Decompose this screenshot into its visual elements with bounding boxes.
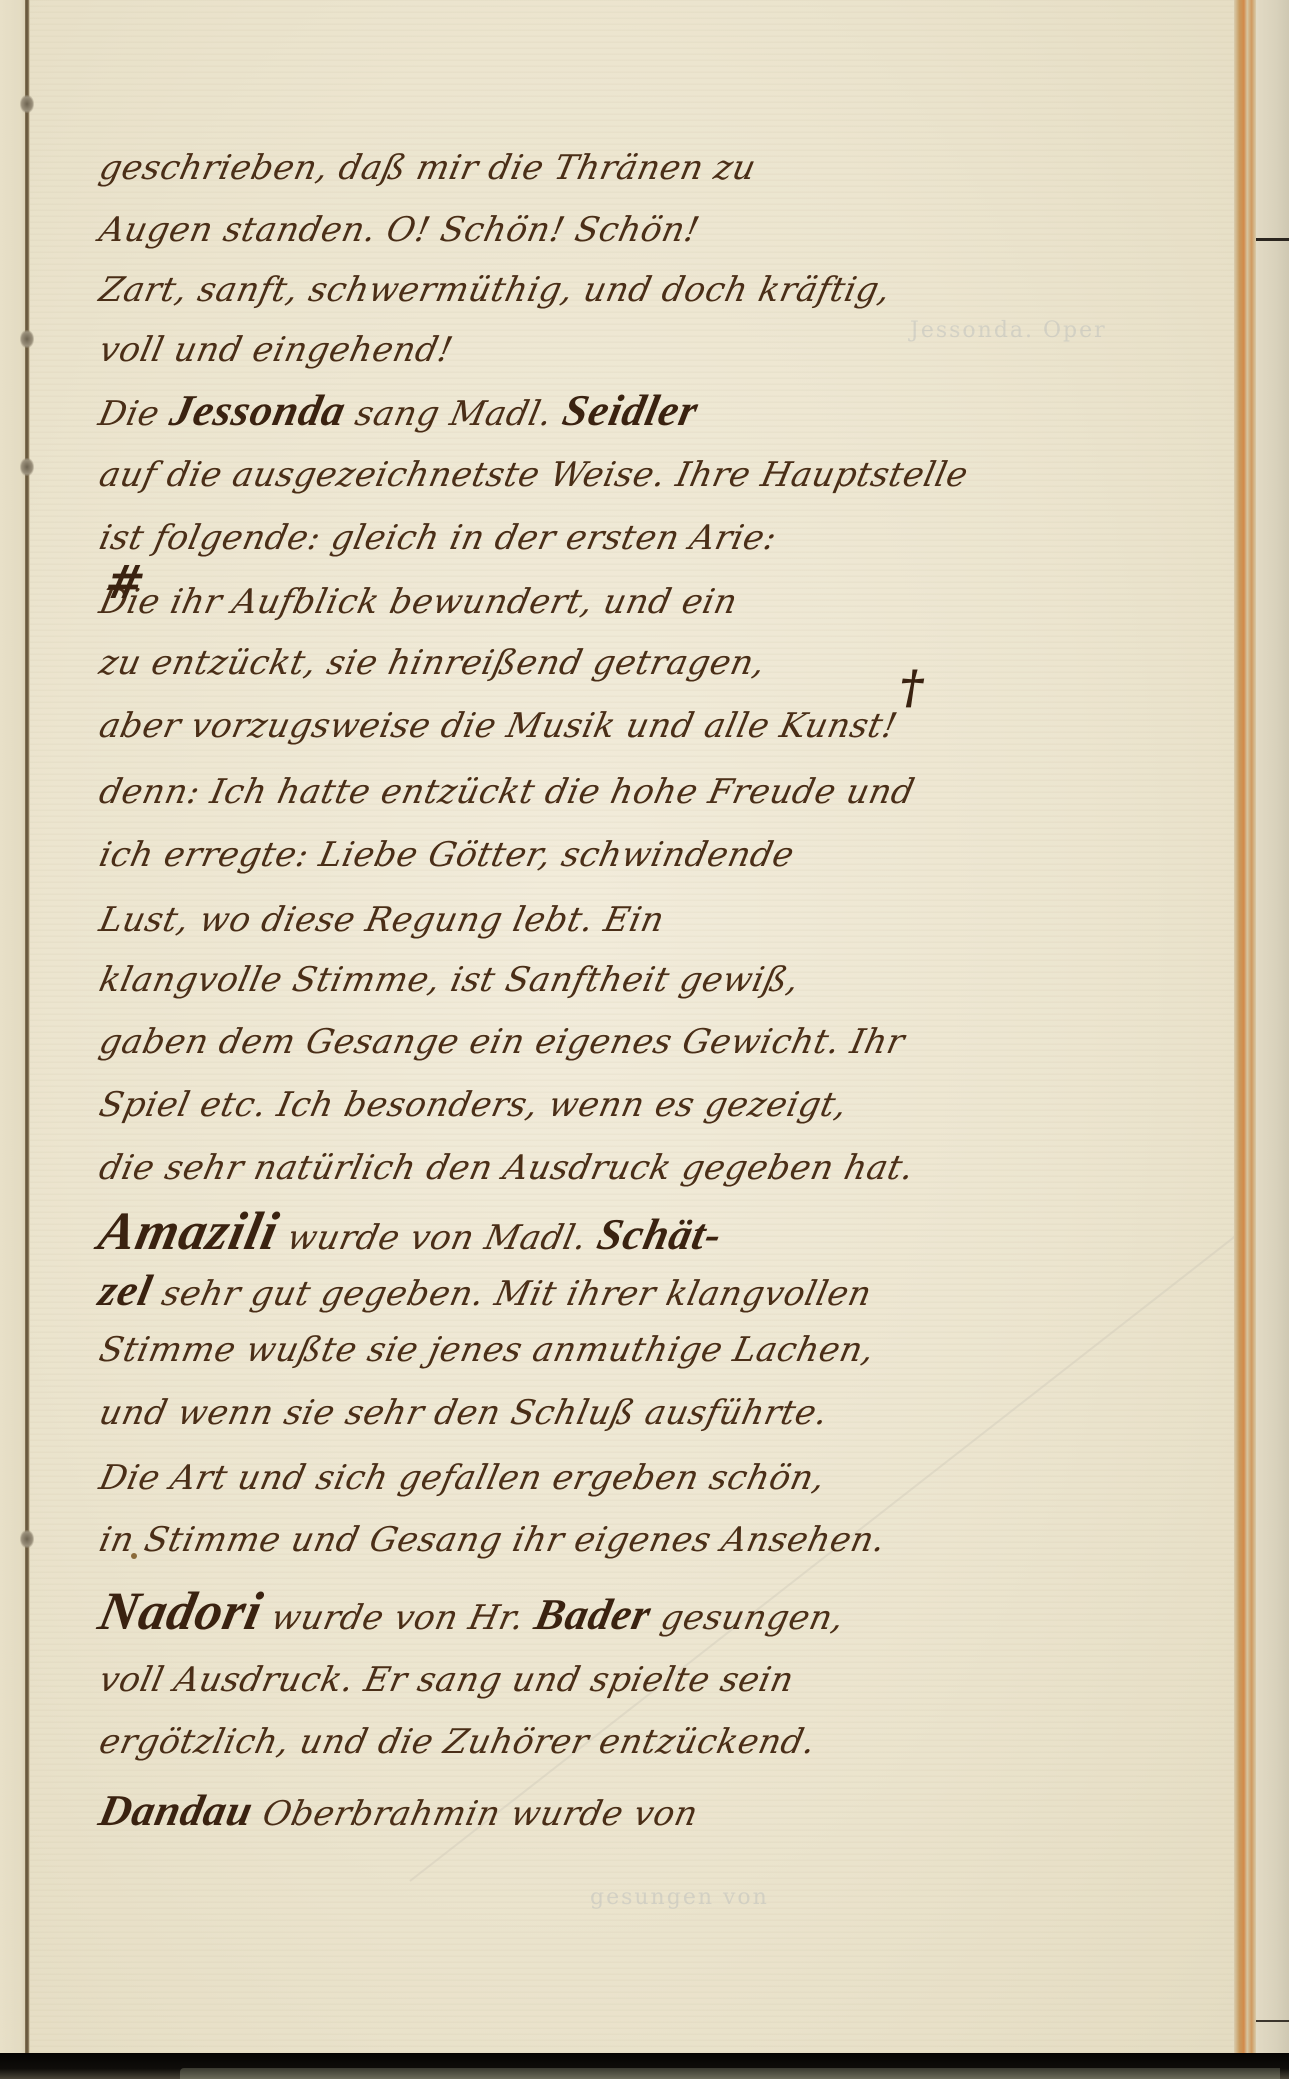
manuscript-line: Die Art und sich gefallen ergeben schön,	[96, 1458, 829, 1498]
manuscript-line: zu entzückt, sie hinreißend getragen,	[96, 643, 769, 683]
binding-stitch	[20, 330, 34, 348]
binding-stitch	[20, 1530, 34, 1548]
page-stack-edge	[1256, 0, 1289, 2060]
inserted-leaf-edge	[1256, 238, 1289, 241]
line-text: gesungen,	[657, 1598, 848, 1638]
line-text: Oberbrahmin wurde von	[259, 1794, 702, 1834]
manuscript-line: voll und eingehend!	[96, 330, 457, 370]
binding-line	[25, 0, 29, 2053]
manuscript-line-with-names: Amazili wurde von Madl. Schät-	[93, 1200, 729, 1262]
manuscript-line-with-names: Nadori wurde von Hr. Bader gesungen,	[93, 1580, 851, 1642]
manuscript-line-with-names: Dandau Oberbrahmin wurde von	[95, 1785, 704, 1836]
manuscript-scan: Jessonda. Oper gesungen von geschrieben,…	[0, 0, 1289, 2079]
singer-name-schaetzel-continued: zel	[95, 1266, 157, 1315]
manuscript-line: Lust, wo diese Regung lebt. Ein	[96, 900, 668, 940]
manuscript-line: Spiel etc. Ich besonders, wenn es gezeig…	[96, 1085, 851, 1125]
manuscript-line: die sehr natürlich den Ausdruck gegeben …	[96, 1148, 918, 1188]
line-text: Die	[95, 394, 163, 434]
role-name-nadori: Nadori	[94, 1581, 269, 1641]
line-text: sang Madl.	[352, 394, 556, 434]
manuscript-line: Augen standen. O! Schön! Schön!	[96, 210, 703, 250]
manuscript-line: Stimme wußte sie jenes anmuthige Lachen,	[96, 1330, 878, 1370]
role-name-amazili: Amazili	[94, 1201, 285, 1261]
book-cover-edge	[180, 2068, 1280, 2079]
manuscript-line: klangvolle Stimme, ist Sanftheit gewiß,	[96, 960, 803, 1000]
binding-stitch	[20, 458, 34, 476]
manuscript-line: Die ihr Aufblick bewundert, und ein	[96, 582, 741, 622]
singer-name-bader: Bader	[531, 1590, 656, 1639]
manuscript-line: Zart, sanft, schwermüthig, und doch kräf…	[96, 270, 894, 310]
manuscript-line: gaben dem Gesange ein eigenes Gewicht. I…	[96, 1022, 909, 1062]
manuscript-line: aber vorzugsweise die Musik und alle Kun…	[96, 706, 901, 746]
manuscript-line: und wenn sie sehr den Schluß ausführte.	[96, 1393, 832, 1433]
bleed-through-text: Jessonda. Oper	[910, 318, 1107, 343]
line-text: wurde von Hr.	[268, 1598, 528, 1638]
manuscript-line: ich erregte: Liebe Götter, schwindende	[96, 835, 798, 875]
binding-stitch	[20, 95, 34, 113]
role-name-dandau: Dandau	[95, 1786, 258, 1835]
manuscript-line-with-names: zel sehr gut gegeben. Mit ihrer klangvol…	[95, 1265, 878, 1316]
manuscript-line: ergötzlich, und die Zuhörer entzückend.	[96, 1722, 819, 1762]
page-edge-stain	[1234, 0, 1256, 2053]
manuscript-line: geschrieben, daß mir die Thränen zu	[96, 148, 760, 188]
manuscript-line: ist folgende: gleich in der ersten Arie:	[96, 518, 781, 558]
line-text: sehr gut gegeben. Mit ihrer klangvollen	[158, 1274, 875, 1314]
manuscript-line: denn: Ich hatte entzückt die hohe Freude…	[96, 772, 919, 812]
manuscript-line: auf die ausgezeichnetste Weise. Ihre Hau…	[96, 455, 972, 495]
singer-name-seidler: Seidler	[558, 386, 703, 435]
manuscript-line-with-names: Die Jessonda sang Madl. Seidler	[95, 385, 704, 436]
inserted-leaf-edge	[1256, 2020, 1289, 2022]
manuscript-line: voll Ausdruck. Er sang und spielte sein	[96, 1660, 798, 1700]
role-name-jessonda: Jessonda	[166, 386, 351, 435]
line-text: wurde von Madl.	[284, 1218, 591, 1258]
manuscript-line: in Stimme und Gesang ihr eigenes Ansehen…	[96, 1520, 889, 1560]
singer-name-schaetzel: Schät-	[593, 1210, 727, 1259]
bleed-through-text: gesungen von	[590, 1885, 769, 1910]
